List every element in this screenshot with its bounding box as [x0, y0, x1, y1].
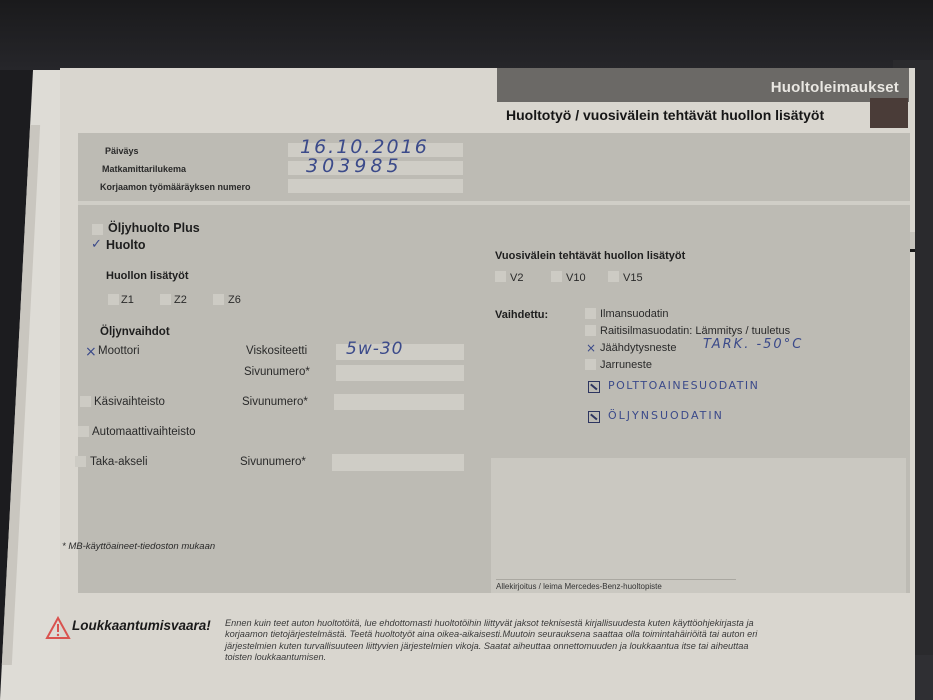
air-filter-label: Ilmansuodatin — [600, 308, 669, 320]
fuel-filter-note: POLTTOAINESUODATIN — [608, 379, 759, 392]
z2-checkbox[interactable] — [160, 294, 171, 305]
warning-line: toisten loukkaantumisen. — [225, 652, 885, 663]
signature-box[interactable]: Allekirjoitus / leima Mercedes-Benz-huol… — [491, 458, 906, 593]
cabin-filter-checkbox[interactable] — [585, 325, 596, 336]
replaced-label: Vaihdettu: — [495, 309, 548, 321]
warning-title: Loukkaantumisvaara! — [72, 618, 211, 633]
manual-page-field[interactable] — [334, 394, 464, 410]
oil-filter-note: ÖLJYNSUODATIN — [608, 409, 724, 422]
engine-label: Moottori — [98, 345, 140, 357]
coolant-label: Jäähdytysneste — [600, 342, 676, 354]
oil-filter-drawn-checkbox[interactable] — [588, 411, 600, 423]
fuel-filter-drawn-checkbox[interactable] — [588, 381, 600, 393]
automatic-gearbox-checkbox[interactable] — [78, 426, 89, 437]
workorder-label: Korjaamon työmääräyksen numero — [100, 182, 251, 192]
warning-line: järjestelmien kuten turvallisuuteen liit… — [225, 641, 885, 652]
oil-plus-label: Öljyhuolto Plus — [108, 221, 200, 235]
axle-page-field[interactable] — [332, 454, 464, 471]
additional-work-heading: Huollon lisätyöt — [106, 270, 189, 282]
manual-gearbox-checkbox[interactable] — [80, 396, 91, 407]
warning-triangle-icon — [45, 616, 71, 640]
v2-label: V2 — [510, 272, 523, 284]
z1-checkbox[interactable] — [108, 294, 119, 305]
warning-section: Loukkaantumisvaara! Ennen kuin teet auto… — [30, 608, 910, 700]
v10-label: V10 — [566, 272, 586, 284]
brake-fluid-label: Jarruneste — [600, 359, 652, 371]
engine-page-field[interactable] — [336, 365, 464, 381]
z2-label: Z2 — [174, 294, 187, 306]
odometer-label: Matkamittarilukema — [102, 164, 186, 174]
service-checkmark: ✓ — [91, 237, 102, 252]
v10-checkbox[interactable] — [551, 271, 562, 282]
warning-line: Ennen kuin teet auton huoltotöitä, lue e… — [225, 618, 885, 629]
workorder-field[interactable] — [288, 179, 463, 193]
right-page-corner — [915, 655, 933, 700]
header-tab-marker — [870, 98, 908, 128]
v2-checkbox[interactable] — [495, 271, 506, 282]
service-label: Huolto — [106, 238, 146, 252]
page-subtitle: Huoltotyö / vuosivälein tehtävät huollon… — [506, 107, 824, 123]
viscosity-label: Viskositeetti — [246, 345, 307, 357]
annual-work-heading: Vuosivälein tehtävät huollon lisätyöt — [495, 250, 685, 262]
brake-fluid-checkbox[interactable] — [585, 359, 596, 370]
top-fields-section: Päiväys 16.10.2016 Matkamittarilukema 30… — [78, 133, 910, 205]
left-page-strip — [2, 125, 40, 665]
manual-page-label: Sivunumero* — [242, 396, 308, 408]
service-form: Päiväys 16.10.2016 Matkamittarilukema 30… — [78, 133, 910, 593]
z6-label: Z6 — [228, 294, 241, 306]
z1-label: Z1 — [121, 294, 134, 306]
section-header: Huoltoleimaukset — [497, 68, 909, 102]
air-filter-checkbox[interactable] — [585, 308, 596, 319]
v15-label: V15 — [623, 272, 643, 284]
section-title: Huoltoleimaukset — [771, 79, 899, 96]
odometer-value: 303985 — [306, 155, 403, 177]
oil-changes-heading: Öljynvaihdot — [100, 326, 170, 338]
oil-plus-checkbox[interactable] — [92, 224, 103, 235]
manual-gearbox-label: Käsivaihteisto — [94, 396, 165, 408]
background-dark — [0, 0, 933, 70]
coolant-checkmark: × — [586, 341, 596, 355]
viscosity-value: 5w-30 — [346, 339, 404, 359]
rear-axle-label: Taka-akseli — [90, 456, 148, 468]
footnote: * MB-käyttöaineet-tiedoston mukaan — [62, 541, 215, 552]
automatic-gearbox-label: Automaattivaihteisto — [92, 426, 196, 438]
rear-axle-checkbox[interactable] — [75, 456, 86, 467]
warning-line: korjaamon tietojärjestelmästä. Teetä huo… — [225, 629, 885, 640]
z6-checkbox[interactable] — [213, 294, 224, 305]
cabin-filter-label: Raitisilmasuodatin: Lämmitys / tuuletus — [600, 325, 790, 337]
axle-page-label: Sivunumero* — [240, 456, 306, 468]
coolant-note: TARK. -50°C — [703, 337, 803, 352]
date-label: Päiväys — [105, 146, 139, 156]
engine-checkmark: × — [85, 344, 97, 360]
manual-page: Huoltoleimaukset Huoltotyö / vuosivälein… — [60, 68, 915, 700]
warning-text: Ennen kuin teet auton huoltotöitä, lue e… — [225, 618, 885, 663]
signature-label: Allekirjoitus / leima Mercedes-Benz-huol… — [496, 582, 662, 591]
v15-checkbox[interactable] — [608, 271, 619, 282]
signature-line — [496, 579, 736, 580]
engine-page-label: Sivunumero* — [244, 366, 310, 378]
